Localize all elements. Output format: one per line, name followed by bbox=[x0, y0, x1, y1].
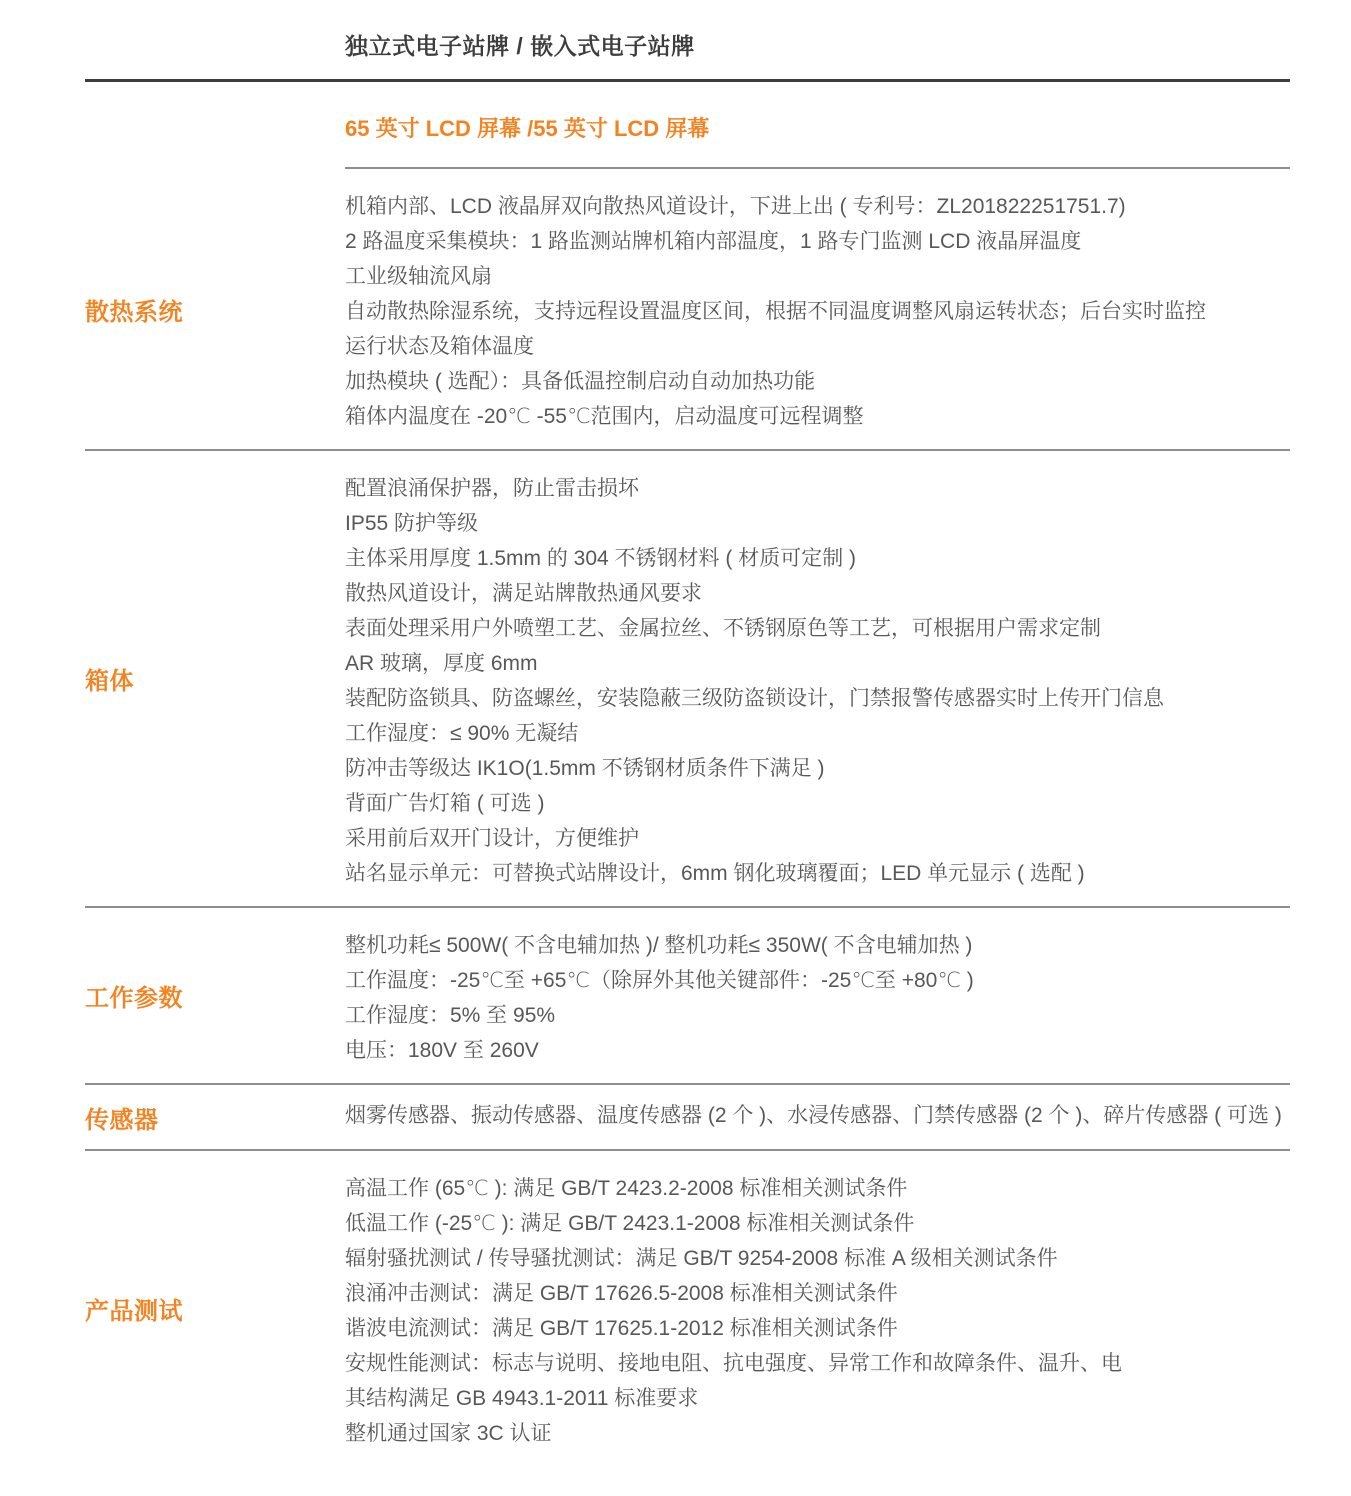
spec-line: 表面处理采用户外喷塑工艺、金属拉丝、不锈钢原色等工艺，可根据用户需求定制 bbox=[345, 611, 1290, 646]
spec-line: 整机功耗≤ 500W( 不含电辅加热 )/ 整机功耗≤ 350W( 不含电辅加热… bbox=[345, 928, 1290, 963]
page-title: 独立式电子站牌 / 嵌入式电子站牌 bbox=[345, 28, 1290, 61]
spec-line: 站名显示单元：可替换式站牌设计，6mm 钢化玻璃覆面；LED 单元显示 ( 选配… bbox=[345, 856, 1290, 891]
section-label-cooling-system: 散热系统 bbox=[85, 169, 345, 449]
section-sensors: 传感器 烟雾传感器、振动传感器、温度传感器 (2 个 )、水浸传感器、门禁传感器… bbox=[85, 1085, 1290, 1151]
spec-line: 谐波电流测试：满足 GB/T 17625.1-2012 标准相关测试条件 bbox=[345, 1311, 1290, 1346]
spec-line: 工作温度：-25℃至 +65℃（除屏外其他关键部件：-25℃至 +80℃ ) bbox=[345, 963, 1290, 998]
spec-line: 背面广告灯箱 ( 可选 ) bbox=[345, 786, 1290, 821]
spec-line: 浪涌冲击测试：满足 GB/T 17626.5-2008 标准相关测试条件 bbox=[345, 1276, 1290, 1311]
spec-line: 安规性能测试：标志与说明、接地电阻、抗电强度、异常工作和故障条件、温升、电 bbox=[345, 1346, 1290, 1381]
spec-line: 低温工作 (-25℃ ): 满足 GB/T 2423.1-2008 标准相关测试… bbox=[345, 1206, 1290, 1241]
section-content-product-testing: 高温工作 (65℃ ): 满足 GB/T 2423.2-2008 标准相关测试条… bbox=[345, 1151, 1290, 1466]
spec-line: 装配防盗锁具、防盗螺丝，安装隐蔽三级防盗锁设计，门禁报警传感器实时上传开门信息 bbox=[345, 681, 1290, 716]
section-label-product-testing: 产品测试 bbox=[85, 1151, 345, 1466]
spec-line: 辐射骚扰测试 / 传导骚扰测试：满足 GB/T 9254-2008 标准 A 级… bbox=[345, 1241, 1290, 1276]
section-content-sensors: 烟雾传感器、振动传感器、温度传感器 (2 个 )、水浸传感器、门禁传感器 (2 … bbox=[345, 1085, 1290, 1149]
empty-label-cell bbox=[85, 82, 345, 169]
spec-line: 工作湿度：≤ 90% 无凝结 bbox=[345, 716, 1290, 751]
spec-line: 采用前后双开门设计，方便维护 bbox=[345, 821, 1290, 856]
spec-line: 主体采用厚度 1.5mm 的 304 不锈钢材料 ( 材质可定制 ) bbox=[345, 541, 1290, 576]
spec-line: 烟雾传感器、振动传感器、温度传感器 (2 个 )、水浸传感器、门禁传感器 (2 … bbox=[345, 1098, 1290, 1133]
spec-sheet-page: 独立式电子站牌 / 嵌入式电子站牌 65 英寸 LCD 屏幕 /55 英寸 LC… bbox=[0, 0, 1351, 1496]
spec-line: 工作湿度：5% 至 95% bbox=[345, 998, 1290, 1033]
spec-line: 整机通过国家 3C 认证 bbox=[345, 1416, 1290, 1451]
section-label-cabinet: 箱体 bbox=[85, 451, 345, 906]
spec-line: 加热模块 ( 选配）：具备低温控制启动自动加热功能 bbox=[345, 364, 1290, 399]
section-product-testing: 产品测试 高温工作 (65℃ ): 满足 GB/T 2423.2-2008 标准… bbox=[85, 1151, 1290, 1466]
spec-line: IP55 防护等级 bbox=[345, 506, 1290, 541]
screen-size-row: 65 英寸 LCD 屏幕 /55 英寸 LCD 屏幕 bbox=[85, 82, 1290, 169]
screen-size-cell: 65 英寸 LCD 屏幕 /55 英寸 LCD 屏幕 bbox=[345, 82, 1290, 169]
spec-line: 运行状态及箱体温度 bbox=[345, 329, 1290, 364]
section-content-cooling-system: 机箱内部、LCD 液晶屏双向散热风道设计，下进上出 ( 专利号：ZL201822… bbox=[345, 169, 1290, 449]
screen-size-subtitle: 65 英寸 LCD 屏幕 /55 英寸 LCD 屏幕 bbox=[345, 116, 709, 141]
spec-line: 电压：180V 至 260V bbox=[345, 1033, 1290, 1068]
spec-line: 工业级轴流风扇 bbox=[345, 259, 1290, 294]
spec-line: 防冲击等级达 IK1O(1.5mm 不锈钢材质条件下满足 ) bbox=[345, 751, 1290, 786]
section-cooling-system: 散热系统 机箱内部、LCD 液晶屏双向散热风道设计，下进上出 ( 专利号：ZL2… bbox=[85, 169, 1290, 451]
section-label-operating-parameters: 工作参数 bbox=[85, 908, 345, 1083]
spec-line: 箱体内温度在 -20℃ -55℃范围内，启动温度可远程调整 bbox=[345, 399, 1290, 434]
spec-line: 2 路温度采集模块：1 路监测站牌机箱内部温度，1 路专门监测 LCD 液晶屏温… bbox=[345, 224, 1290, 259]
spec-line: 自动散热除湿系统，支持远程设置温度区间，根据不同温度调整风扇运转状态；后台实时监… bbox=[345, 294, 1290, 329]
section-label-sensors: 传感器 bbox=[85, 1085, 345, 1149]
section-cabinet: 箱体 配置浪涌保护器，防止雷击损坏 IP55 防护等级 主体采用厚度 1.5mm… bbox=[85, 451, 1290, 908]
header: 独立式电子站牌 / 嵌入式电子站牌 bbox=[85, 0, 1290, 61]
spec-line: 其结构满足 GB 4943.1-2011 标准要求 bbox=[345, 1381, 1290, 1416]
section-content-cabinet: 配置浪涌保护器，防止雷击损坏 IP55 防护等级 主体采用厚度 1.5mm 的 … bbox=[345, 451, 1290, 906]
spec-line: AR 玻璃，厚度 6mm bbox=[345, 646, 1290, 681]
spec-line: 散热风道设计，满足站牌散热通风要求 bbox=[345, 576, 1290, 611]
section-content-operating-parameters: 整机功耗≤ 500W( 不含电辅加热 )/ 整机功耗≤ 350W( 不含电辅加热… bbox=[345, 908, 1290, 1083]
spec-line: 机箱内部、LCD 液晶屏双向散热风道设计，下进上出 ( 专利号：ZL201822… bbox=[345, 189, 1290, 224]
spec-line: 配置浪涌保护器，防止雷击损坏 bbox=[345, 471, 1290, 506]
spec-line: 高温工作 (65℃ ): 满足 GB/T 2423.2-2008 标准相关测试条… bbox=[345, 1171, 1290, 1206]
section-operating-parameters: 工作参数 整机功耗≤ 500W( 不含电辅加热 )/ 整机功耗≤ 350W( 不… bbox=[85, 908, 1290, 1085]
